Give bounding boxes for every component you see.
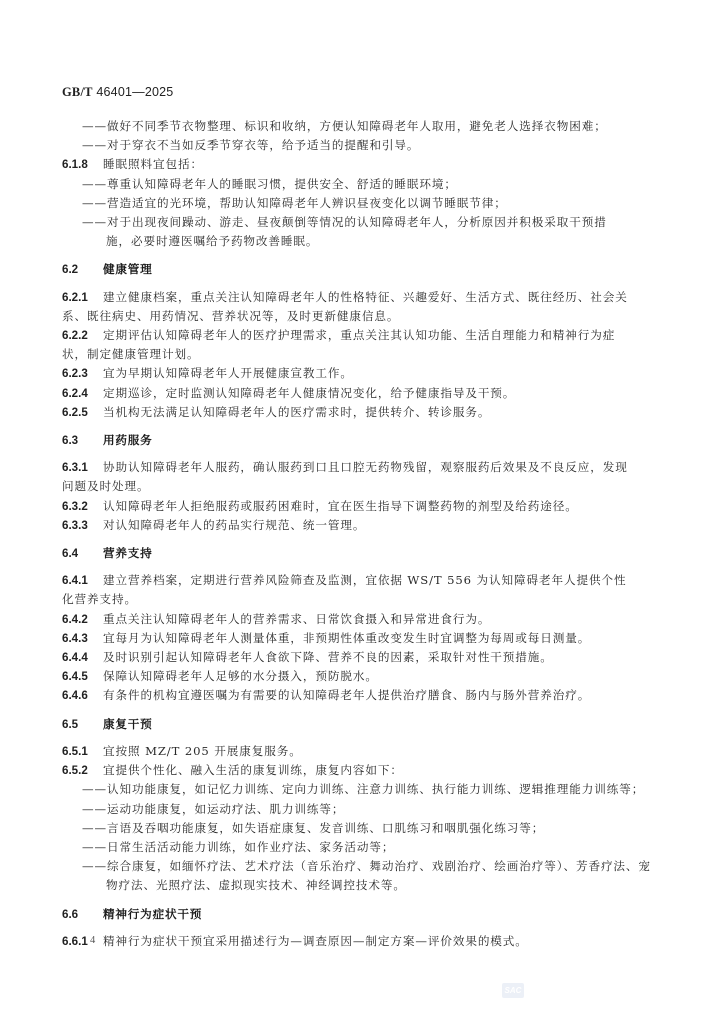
clause-continuation: 状，制定健康管理计划。 xyxy=(62,345,642,364)
clause-text: 宜每月为认知障碍老年人测量体重，非预期性体重改变发生时宜调整为每周或每日测量。 xyxy=(103,631,590,645)
clause-number: 6.4.2 xyxy=(62,610,103,629)
clause-text: 定期巡诊，定时监测认知障碍老年人健康情况变化，给予健康指导及干预。 xyxy=(103,386,515,400)
clause-text: 建立健康档案，重点关注认知障碍老年人的性格特征、兴趣爱好、生活方式、既往经历、社… xyxy=(103,290,628,304)
clause-number: 6.4.5 xyxy=(62,667,103,686)
clause-text: 精神行为症状干预宜采用描述行为—调查原因—制定方案—评价效果的模式。 xyxy=(103,934,528,948)
dash-list-item: ——认知功能康复，如记忆力训练、定向力训练、注意力训练、执行能力训练、逻辑推理能… xyxy=(62,780,642,799)
standard-number: 46401—2025 xyxy=(96,85,173,99)
section-title: 康复干预 xyxy=(103,717,153,731)
clause-continuation: 化营养支持。 xyxy=(62,590,642,609)
clause-number: 6.3.3 xyxy=(62,516,103,535)
clause-text: 建立营养档案，定期进行营养风险筛查及监测，宜依据 WS/T 556 为认知障碍老… xyxy=(103,573,626,587)
standard-header: GB/T 46401—2025 xyxy=(62,85,173,100)
section-heading: 6.6精神行为症状干预 xyxy=(62,905,642,924)
standard-code: GB/T xyxy=(62,85,93,99)
clause-text: 当机构无法满足认知障碍老年人的医疗需求时，提供转介、转诊服务。 xyxy=(103,405,490,419)
dash-list-item: ——做好不同季节衣物整理、标识和收纳，方便认知障碍老年人取用，避免老人选择衣物困… xyxy=(62,117,642,136)
clause-text: 及时识别引起认知障碍老年人食欲下降、营养不良的因素，采取针对性干预措施。 xyxy=(103,650,553,664)
clause-number: 6.4.1 xyxy=(62,571,103,590)
section-title: 健康管理 xyxy=(103,262,153,276)
clause-text: 定期评估认知障碍老年人的医疗护理需求，重点关注其认知功能、生活自理能力和精神行为… xyxy=(103,328,615,342)
document-body: ——做好不同季节衣物整理、标识和收纳，方便认知障碍老年人取用，避免老人选择衣物困… xyxy=(62,117,642,951)
clause-number: 6.2.5 xyxy=(62,403,103,422)
page-number: 4 xyxy=(90,935,95,946)
clause-text: 保障认知障碍老年人足够的水分摄入，预防脱水。 xyxy=(103,669,378,683)
clause-number: 6.2.2 xyxy=(62,326,103,345)
clause-text: 认知障碍老年人拒绝服药或服药困难时，宜在医生指导下调整药物的剂型及给药途径。 xyxy=(103,499,578,513)
dash-list-continuation: 施，必要时遵医嘱给予药物改善睡眠。 xyxy=(62,232,642,251)
clause-number: 6.4.6 xyxy=(62,686,103,705)
dash-list-continuation: 物疗法、光照疗法、虚拟现实技术、神经调控技术等。 xyxy=(62,876,642,895)
section-number: 6.2 xyxy=(62,260,103,279)
clause-item: 6.3.1协助认知障碍老年人服药，确认服药到口且口腔无药物残留，观察服药后效果及… xyxy=(62,458,642,477)
clause-item: 6.2.5当机构无法满足认知障碍老年人的医疗需求时，提供转介、转诊服务。 xyxy=(62,403,642,422)
clause-continuation: 问题及时处理。 xyxy=(62,477,642,496)
dash-list-item: ——言语及吞咽功能康复，如失语症康复、发音训练、口肌练习和咽肌强化练习等； xyxy=(62,819,642,838)
dash-list-item: ——对于穿衣不当如反季节穿衣等，给予适当的提醒和引导。 xyxy=(62,136,642,155)
clause-item: 6.2.3宜为早期认知障碍老年人开展健康宣教工作。 xyxy=(62,364,642,383)
clause-item: 6.3.3对认知障碍老年人的药品实行规范、统一管理。 xyxy=(62,516,642,535)
section-title: 精神行为症状干预 xyxy=(103,907,202,921)
dash-list-item: ——日常生活活动能力训练，如作业疗法、家务活动等； xyxy=(62,838,642,857)
clause-item: 6.3.2认知障碍老年人拒绝服药或服药困难时，宜在医生指导下调整药物的剂型及给药… xyxy=(62,497,642,516)
clause-number: 6.4.3 xyxy=(62,629,103,648)
clause-text: 有条件的机构宜遵医嘱为有需要的认知障碍老年人提供治疗膳食、肠内与肠外营养治疗。 xyxy=(103,688,590,702)
clause-number: 6.4.4 xyxy=(62,648,103,667)
clause-number: 6.5.1 xyxy=(62,742,103,761)
clause-item: 6.6.1精神行为症状干预宜采用描述行为—调查原因—制定方案—评价效果的模式。 xyxy=(62,932,642,951)
document-page: GB/T 46401—2025 ——做好不同季节衣物整理、标识和收纳，方便认知障… xyxy=(0,0,720,1018)
dash-list-item: ——综合康复，如缅怀疗法、艺术疗法（音乐治疗、舞动治疗、戏剧治疗、绘画治疗等）、… xyxy=(62,857,642,876)
section-heading: 6.4营养支持 xyxy=(62,544,642,563)
section-number: 6.3 xyxy=(62,431,103,450)
clause-item: 6.2.4定期巡诊，定时监测认知障碍老年人健康情况变化，给予健康指导及干预。 xyxy=(62,384,642,403)
clause-continuation: 系、既往病史、用药情况、营养状况等，及时更新健康信息。 xyxy=(62,307,642,326)
clause-item: 6.4.4及时识别引起认知障碍老年人食欲下降、营养不良的因素，采取针对性干预措施… xyxy=(62,648,642,667)
dash-list-item: ——运动功能康复，如运动疗法、肌力训练等； xyxy=(62,800,642,819)
dash-list-item: ——尊重认知障碍老年人的睡眠习惯，提供安全、舒适的睡眠环境； xyxy=(62,175,642,194)
clause-text: 协助认知障碍老年人服药，确认服药到口且口腔无药物残留，观察服药后效果及不良反应，… xyxy=(103,460,628,474)
clause-item: 6.4.5保障认知障碍老年人足够的水分摄入，预防脱水。 xyxy=(62,667,642,686)
clause-number: 6.2.1 xyxy=(62,288,103,307)
clause-number: 6.2.3 xyxy=(62,364,103,383)
section-heading: 6.5康复干预 xyxy=(62,715,642,734)
clause-text: 重点关注认知障碍老年人的营养需求、日常饮食摄入和异常进食行为。 xyxy=(103,612,490,626)
section-heading: 6.3用药服务 xyxy=(62,431,642,450)
dash-list-item: ——对于出现夜间躁动、游走、昼夜颠倒等情况的认知障碍老年人，分析原因并积极采取干… xyxy=(62,213,642,232)
clause-item: 6.4.1建立营养档案，定期进行营养风险筛查及监测，宜依据 WS/T 556 为… xyxy=(62,571,642,590)
clause-text: 宜为早期认知障碍老年人开展健康宣教工作。 xyxy=(103,366,353,380)
clause-item: 6.5.2宜提供个性化、融入生活的康复训练，康复内容如下： xyxy=(62,761,642,780)
dash-list-item: ——营造适宜的光环境，帮助认知障碍老年人辨识昼夜变化以调节睡眠节律； xyxy=(62,194,642,213)
section-number: 6.5 xyxy=(62,715,103,734)
clause-item: 6.4.2重点关注认知障碍老年人的营养需求、日常饮食摄入和异常进食行为。 xyxy=(62,610,642,629)
clause-number: 6.1.8 xyxy=(62,155,103,174)
clause-number: 6.2.4 xyxy=(62,384,103,403)
section-number: 6.6 xyxy=(62,905,103,924)
clause-text: 对认知障碍老年人的药品实行规范、统一管理。 xyxy=(103,518,365,532)
clause-item: 6.2.2定期评估认知障碍老年人的医疗护理需求，重点关注其认知功能、生活自理能力… xyxy=(62,326,642,345)
clause-number: 6.6.1 xyxy=(62,932,103,951)
section-title: 用药服务 xyxy=(103,433,153,447)
clause-text: 睡眠照料宜包括： xyxy=(103,157,203,171)
clause-item: 6.2.1建立健康档案，重点关注认知障碍老年人的性格特征、兴趣爱好、生活方式、既… xyxy=(62,288,642,307)
sac-watermark-icon: SAC xyxy=(502,983,524,998)
clause-text: 宜提供个性化、融入生活的康复训练，康复内容如下： xyxy=(103,763,403,777)
clause-number: 6.5.2 xyxy=(62,761,103,780)
clause-number: 6.3.2 xyxy=(62,497,103,516)
clause-item: 6.4.6有条件的机构宜遵医嘱为有需要的认知障碍老年人提供治疗膳食、肠内与肠外营… xyxy=(62,686,642,705)
clause-item: 6.4.3宜每月为认知障碍老年人测量体重，非预期性体重改变发生时宜调整为每周或每… xyxy=(62,629,642,648)
section-heading: 6.2健康管理 xyxy=(62,260,642,279)
clause-text: 宜按照 MZ/T 205 开展康复服务。 xyxy=(103,744,302,758)
clause-item: 6.1.8睡眠照料宜包括： xyxy=(62,155,642,174)
clause-item: 6.5.1宜按照 MZ/T 205 开展康复服务。 xyxy=(62,742,642,761)
section-title: 营养支持 xyxy=(103,546,153,560)
clause-number: 6.3.1 xyxy=(62,458,103,477)
section-number: 6.4 xyxy=(62,544,103,563)
